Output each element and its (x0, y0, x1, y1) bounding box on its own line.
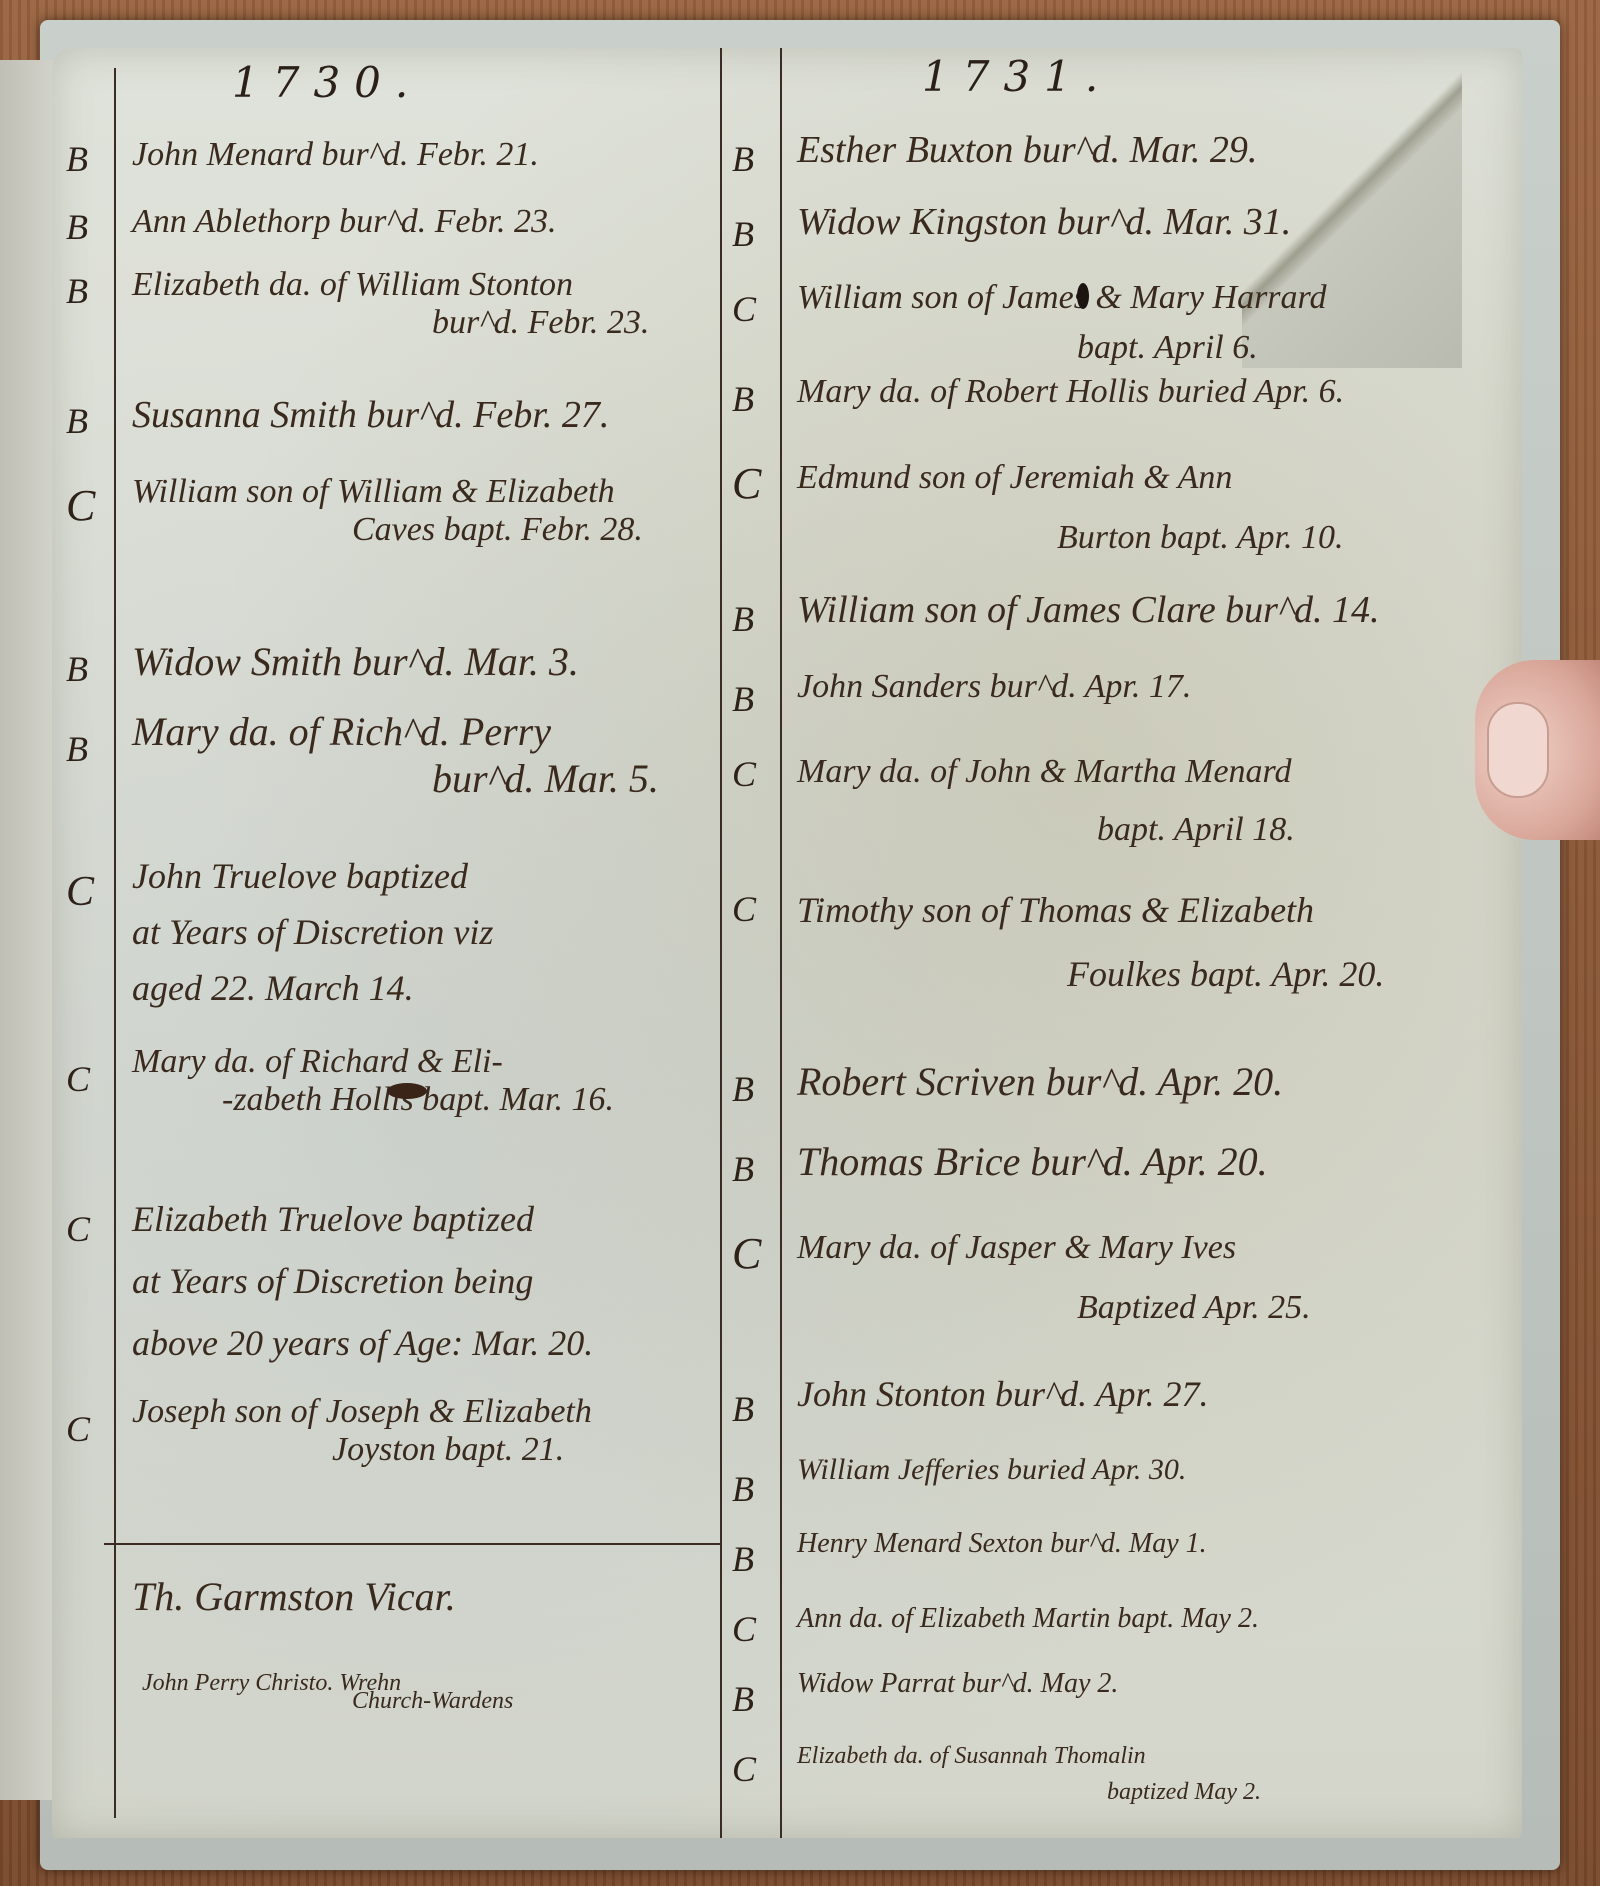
churchwardens-label: Church-Wardens (352, 1688, 513, 1715)
register-entry: Elizabeth da. of Susannah Thomalin bapti… (797, 1738, 1261, 1810)
year-heading-left: 1730. (232, 58, 422, 107)
entry-type-mark: B (66, 728, 88, 770)
center-rule-left (720, 48, 722, 1838)
entry-type-mark: B (732, 378, 754, 420)
entry-type-mark: B (732, 213, 754, 255)
register-entry: John Sanders bur^d. Apr. 17. (797, 668, 1191, 706)
register-entry: Mary da. of Rich^d. Perry bur^d. Mar. 5. (132, 708, 659, 802)
entry-type-mark: B (66, 270, 88, 312)
ink-blot (387, 1083, 427, 1099)
register-entry: Timothy son of Thomas & Elizabeth Foulke… (797, 878, 1384, 1006)
entry-type-mark: C (732, 458, 761, 509)
entry-type-mark: C (732, 888, 756, 930)
register-entry: John Menard bur^d. Febr. 21. (132, 136, 539, 174)
register-entry: Elizabeth Truelove baptized at Years of … (132, 1188, 593, 1374)
entry-type-mark: B (732, 138, 754, 180)
register-entry: Joseph son of Joseph & Elizabeth Joyston… (132, 1393, 592, 1469)
vicar-signature: Th. Garmston Vicar. (132, 1573, 456, 1620)
register-entry: Mary da. of Richard & Eli- -zabeth Holli… (132, 1043, 614, 1119)
register-entry: Esther Buxton bur^d. Mar. 29. (797, 128, 1257, 172)
register-entry: Mary da. of Robert Hollis buried Apr. 6. (797, 373, 1344, 411)
entry-type-mark: B (66, 206, 88, 248)
entry-type-mark: B (66, 648, 88, 690)
entry-type-mark: B (732, 678, 754, 720)
entry-type-mark: B (66, 138, 88, 180)
register-entry: John Truelove baptized at Years of Discr… (132, 848, 493, 1016)
entry-type-mark: B (732, 1468, 754, 1510)
register-entry: Edmund son of Jeremiah & Ann Burton bapt… (797, 448, 1344, 568)
entry-type-mark: C (66, 1408, 90, 1450)
register-entry: Ann Ablethorp bur^d. Febr. 23. (132, 203, 557, 241)
entry-type-mark: B (66, 400, 88, 442)
entry-type-mark: C (732, 1228, 761, 1279)
register-entry: Robert Scriven bur^d. Apr. 20. (797, 1058, 1283, 1105)
register-entry: Widow Kingston bur^d. Mar. 31. (797, 200, 1291, 244)
entry-type-mark: C (66, 1058, 90, 1100)
thumbnail (1487, 702, 1549, 798)
ink-blot (1077, 283, 1089, 309)
entry-type-mark: C (732, 1608, 756, 1650)
register-page: 1730. B John Menard bur^d. Febr. 21. B A… (52, 48, 1522, 1838)
entry-type-mark: B (732, 1678, 754, 1720)
register-entry: Mary da. of John & Martha Menard bapt. A… (797, 743, 1295, 859)
entry-type-mark: B (732, 1388, 754, 1430)
register-entry: Henry Menard Sexton bur^d. May 1. (797, 1528, 1207, 1560)
entry-type-mark: B (732, 1068, 754, 1110)
register-entry: Mary da. of Jasper & Mary Ives Baptized … (797, 1218, 1311, 1338)
register-entry: Widow Smith bur^d. Mar. 3. (132, 638, 579, 685)
left-margin-rule (114, 68, 116, 1818)
register-entry: Widow Parrat bur^d. May 2. (797, 1668, 1118, 1700)
signature-divider (104, 1543, 722, 1545)
register-entry: Ann da. of Elizabeth Martin bapt. May 2. (797, 1603, 1259, 1635)
register-entry: Thomas Brice bur^d. Apr. 20. (797, 1138, 1268, 1185)
register-entry: William Jefferies buried Apr. 30. (797, 1453, 1186, 1487)
entry-type-mark: C (66, 868, 94, 916)
entry-type-mark: B (732, 1148, 754, 1190)
entry-type-mark: B (732, 598, 754, 640)
register-entry: Susanna Smith bur^d. Febr. 27. (132, 393, 609, 437)
register-entry: William son of James & Mary Harrard bapt… (797, 273, 1327, 373)
year-heading-right: 1731. (922, 52, 1112, 101)
entry-type-mark: C (66, 1208, 90, 1250)
entry-type-mark: C (732, 753, 756, 795)
register-entry: William son of William & Elizabeth Caves… (132, 473, 643, 549)
entry-type-mark: B (732, 1538, 754, 1580)
register-entry: William son of James Clare bur^d. 14. (797, 588, 1380, 632)
register-entry: John Stonton bur^d. Apr. 27. (797, 1373, 1209, 1415)
thumb-holding-page (1475, 660, 1600, 840)
entry-type-mark: C (732, 288, 756, 330)
entry-type-mark: C (66, 480, 95, 531)
register-entry: Elizabeth da. of William Stonton bur^d. … (132, 266, 649, 342)
entry-type-mark: C (732, 1748, 756, 1790)
center-rule-right (780, 48, 782, 1838)
